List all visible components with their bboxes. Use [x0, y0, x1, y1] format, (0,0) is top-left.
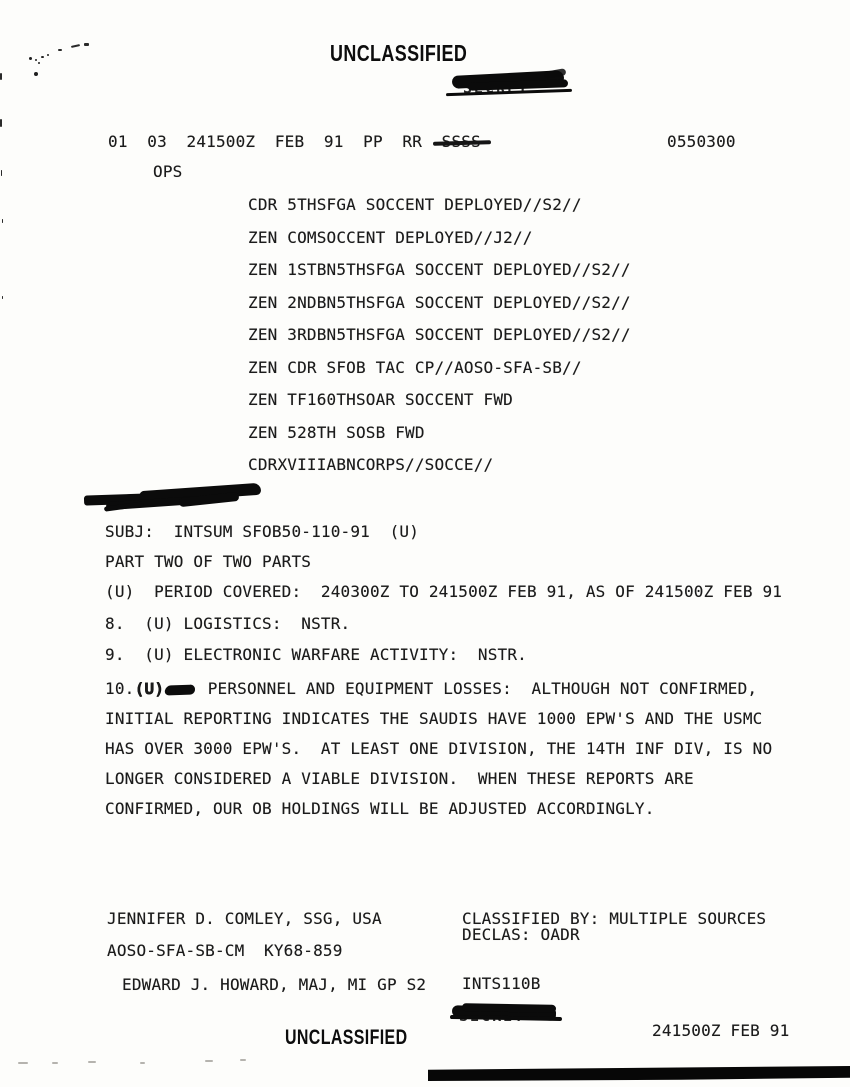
addressee-line: ZEN TF160THSOAR SOCCENT FWD — [248, 393, 513, 407]
item10-line2: INITIAL REPORTING INDICATES THE SAUDIS H… — [105, 712, 762, 726]
intsum-code: INTS110B — [462, 977, 541, 991]
redaction-secret-bottom: SECRET — [450, 1002, 570, 1026]
declas-line: DECLAS: OADR — [462, 928, 580, 942]
header-line-text: 01 03 241500Z FEB 91 PP RR — [108, 132, 442, 151]
addressee-line: ZEN COMSOCCENT DEPLOYED//J2// — [248, 231, 533, 245]
addressee-line: ZEN 3RDBN5THSFGA SOCCENT DEPLOYED//S2// — [248, 328, 631, 342]
subject-line: SUBJ: INTSUM SFOB50-110-91 (U) — [105, 525, 419, 539]
item10-handwritten-u: (U) — [134, 679, 163, 698]
item8-line: 8. (U) LOGISTICS: NSTR. — [105, 617, 350, 631]
addressee-line: CDR 5THSFGA SOCCENT DEPLOYED//S2// — [248, 198, 582, 212]
item9-line: 9. (U) ELECTRONIC WARFARE ACTIVITY: NSTR… — [105, 648, 527, 662]
redaction-secret-top: SECRET — [448, 70, 578, 100]
redaction-stroke — [462, 1003, 556, 1013]
addressee-line: ZEN 2NDBN5THSFGA SOCCENT DEPLOYED//S2// — [248, 296, 631, 310]
item10-line3: HAS OVER 3000 EPW'S. AT LEAST ONE DIVISI… — [105, 742, 772, 756]
redaction-scribble-mid — [84, 484, 269, 510]
item10-line1: 10.(U) PERSONNEL AND EQUIPMENT LOSSES: A… — [105, 682, 757, 696]
signature-name-1: JENNIFER D. COMLEY, SSG, USA — [107, 912, 382, 926]
period-covered-line: (U) PERIOD COVERED: 240300Z TO 241500Z F… — [105, 585, 782, 599]
signature-office-symbol: AOSO-SFA-SB-CM KY68-859 — [107, 944, 343, 958]
part-line: PART TWO OF TWO PARTS — [105, 555, 311, 569]
item10-line5: CONFIRMED, OUR OB HOLDINGS WILL BE ADJUS… — [105, 802, 655, 816]
classified-by-line: CLASSIFIED BY: MULTIPLE SOURCES — [462, 912, 766, 926]
redaction-scribble-inline — [164, 684, 196, 695]
stamp-unclassified-top: UNCLASSIFIED — [330, 40, 467, 67]
originator-line: OPS — [153, 165, 182, 179]
addressee-line: CDRXVIIIABNCORPS//SOCCE// — [248, 458, 493, 472]
struck-routing-code: SSSS — [442, 135, 481, 149]
scanned-document-page: { "header": { "classification_stamp": "U… — [0, 0, 850, 1087]
message-header-line: 01 03 241500Z FEB 91 PP RR SSSS — [108, 135, 481, 149]
signature-name-2: EDWARD J. HOWARD, MAJ, MI GP S2 — [122, 978, 426, 992]
bottom-black-bar — [428, 1066, 850, 1081]
item10-line4: LONGER CONSIDERED A VIABLE DIVISION. WHE… — [105, 772, 694, 786]
item10-text: PERSONNEL AND EQUIPMENT LOSSES: ALTHOUGH… — [198, 679, 757, 698]
footer-dtg: 241500Z FEB 91 — [652, 1024, 789, 1038]
stamp-unclassified-bottom: UNCLASSIFIED — [285, 1026, 408, 1050]
addressee-line: ZEN CDR SFOB TAC CP//AOSO-SFA-SB// — [248, 361, 582, 375]
serial-number: 0550300 — [667, 135, 736, 149]
addressee-line: ZEN 528TH SOSB FWD — [248, 426, 425, 440]
item10-number: 10. — [105, 679, 134, 698]
addressee-line: ZEN 1STBN5THSFGA SOCCENT DEPLOYED//S2// — [248, 263, 631, 277]
